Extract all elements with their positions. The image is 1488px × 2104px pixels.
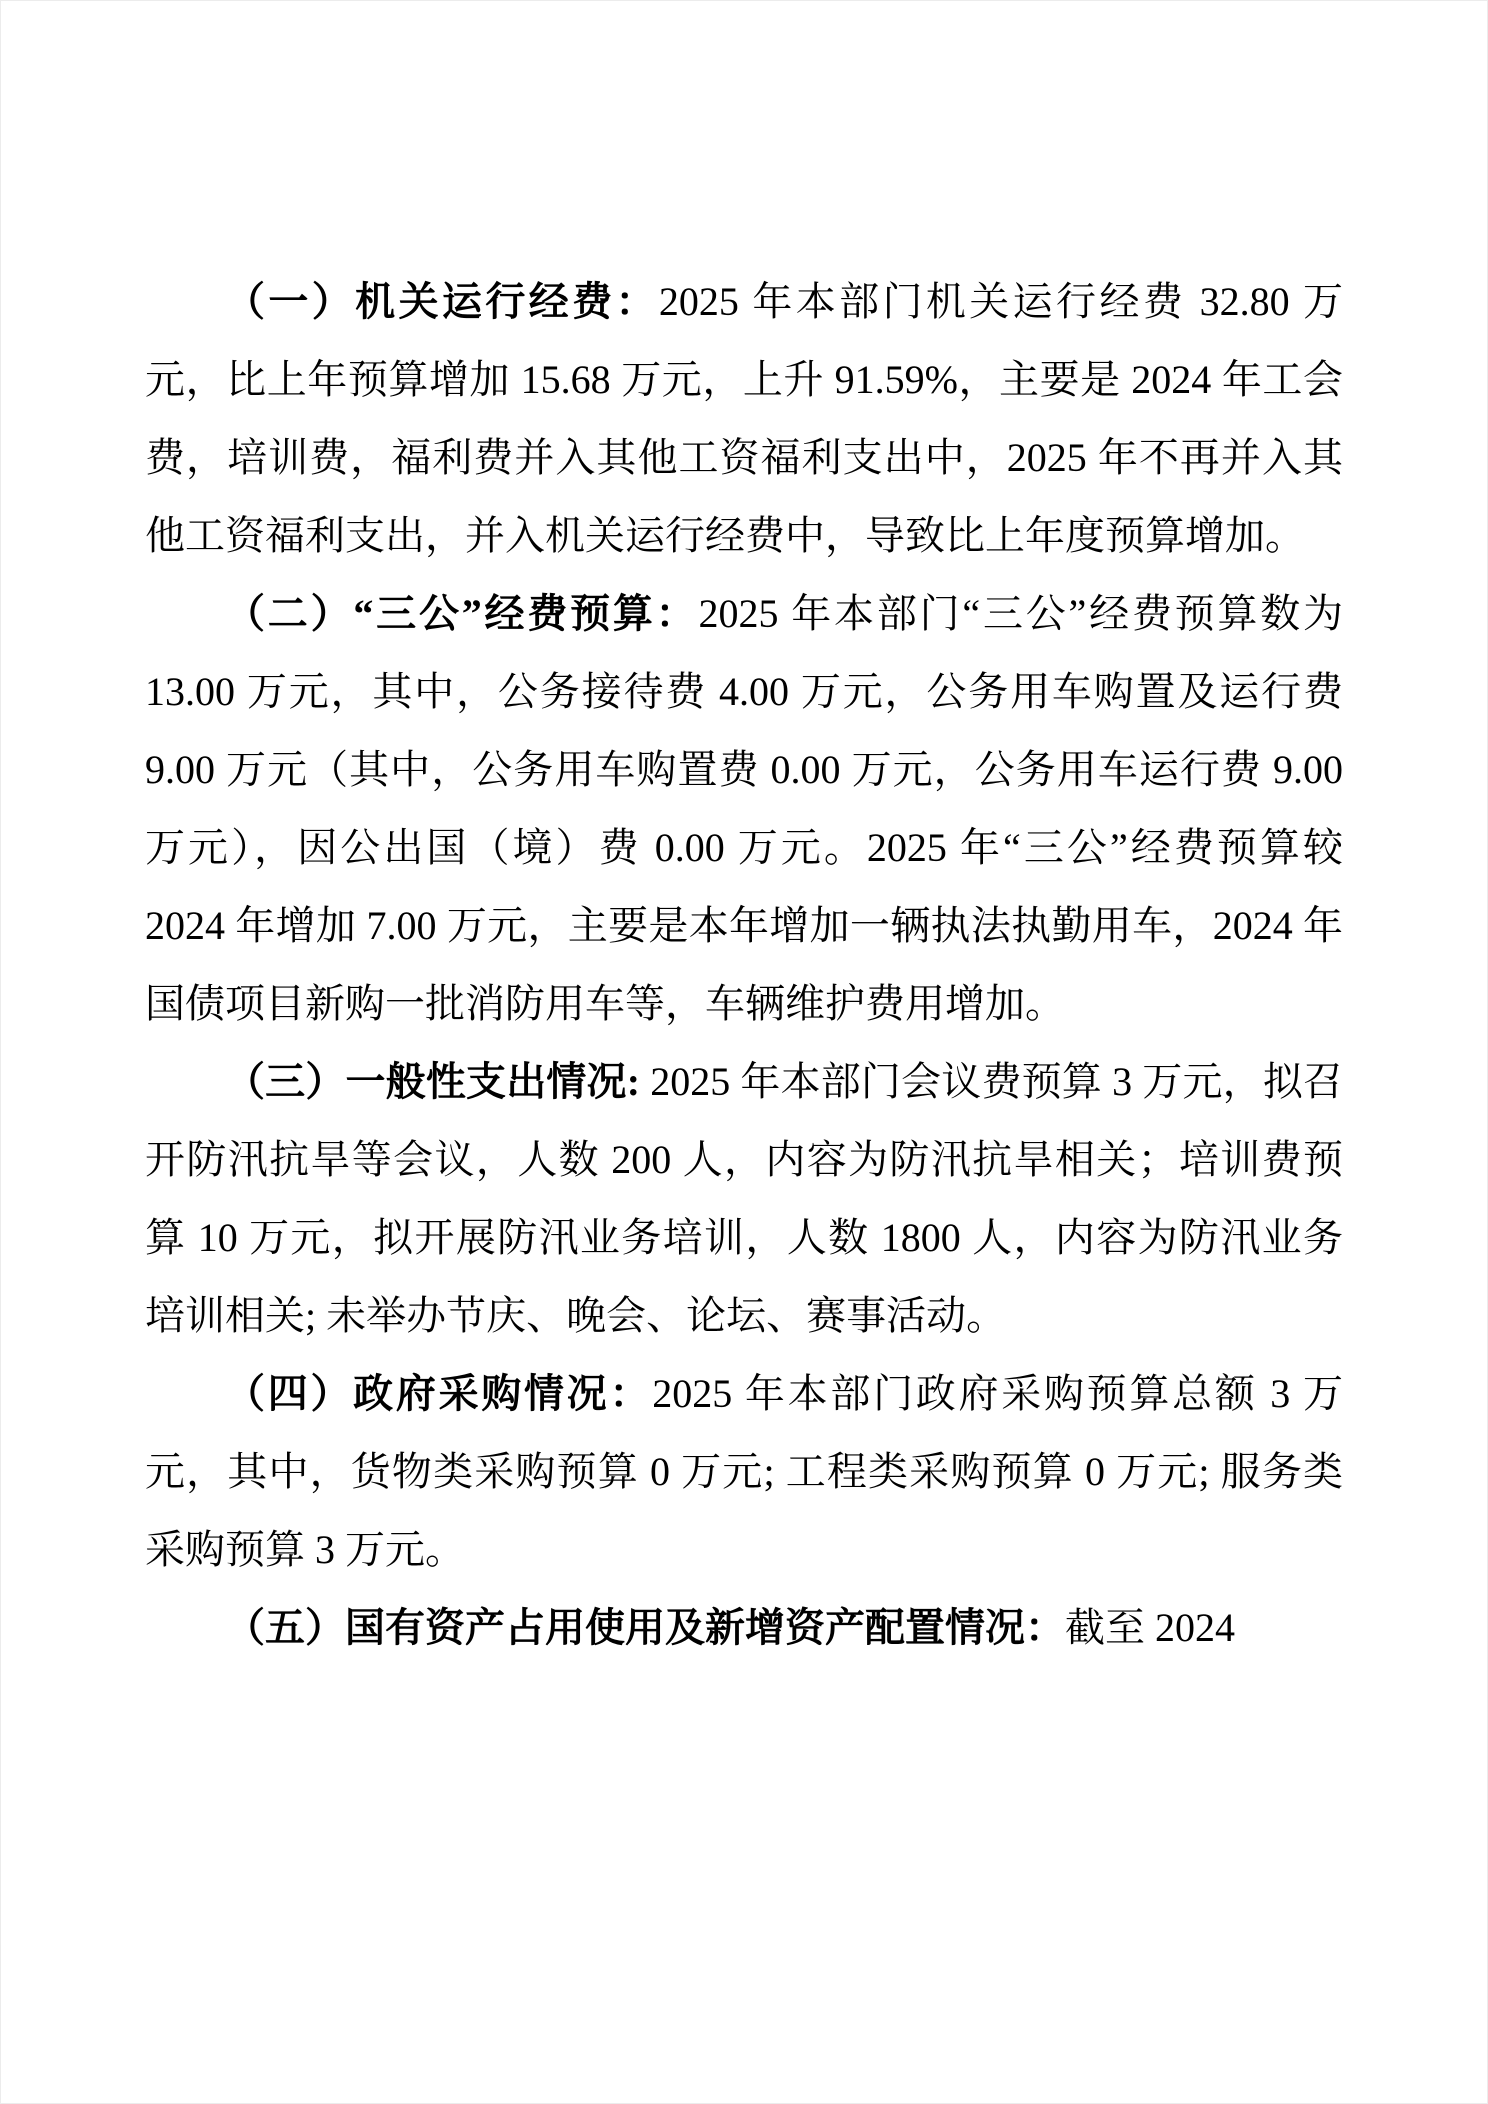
paragraph-lead: （五）国有资产占用使用及新增资产配置情况： [225,1605,1065,1650]
paragraph-government-procurement: （四）政府采购情况：2025 年本部门政府采购预算总额 3 万元，其中，货物类采… [145,1355,1343,1589]
paragraph-general-expenditure: （三）一般性支出情况: 2025 年本部门会议费预算 3 万元，拟召开防汛抗旱等… [145,1043,1343,1355]
paragraph-agency-operating-expenses: （一）机关运行经费：2025 年本部门机关运行经费 32.80 万元，比上年预算… [145,263,1343,575]
paragraph-lead: （三）一般性支出情况: [225,1059,640,1104]
paragraph-body: 2025 年本部门“三公”经费预算数为 13.00 万元，其中，公务接待费 4.… [145,591,1343,1026]
paragraph-lead: （四）政府采购情况： [225,1371,652,1416]
document-page: （一）机关运行经费：2025 年本部门机关运行经费 32.80 万元，比上年预算… [0,0,1488,2104]
paragraph-lead: （二）“三公”经费预算： [225,591,698,636]
paragraph-three-public-expenses: （二）“三公”经费预算：2025 年本部门“三公”经费预算数为 13.00 万元… [145,575,1343,1043]
paragraph-body: 截至 2024 [1065,1605,1235,1650]
paragraph-state-assets: （五）国有资产占用使用及新增资产配置情况：截至 2024 [145,1589,1343,1667]
paragraph-lead: （一）机关运行经费： [225,279,659,324]
